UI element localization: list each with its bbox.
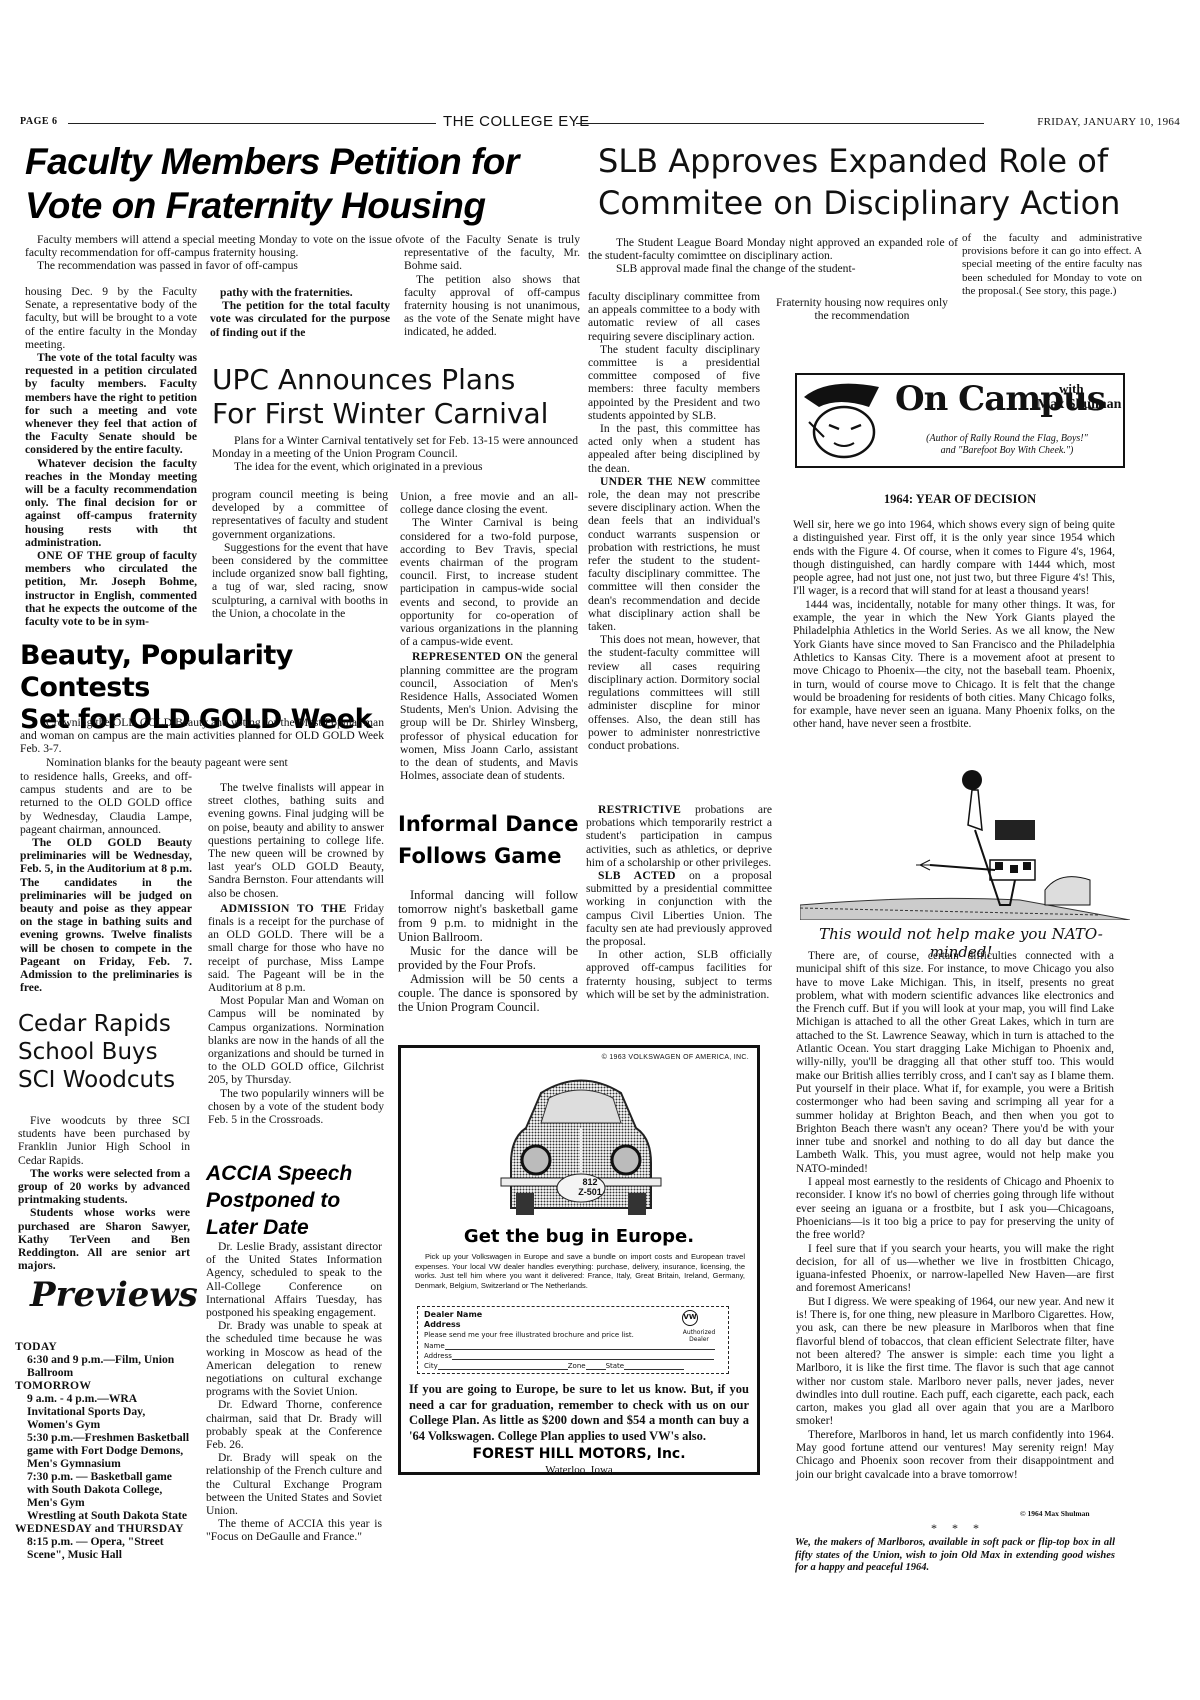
previews-event: 7:30 p.m. — Basketball game with South D…	[15, 1470, 190, 1509]
coupon-address-field[interactable]: Address	[424, 1352, 724, 1360]
coupon-address-heading: Address	[424, 1320, 461, 1329]
accia-headline: ACCIA Speech Postponed to Later Date	[206, 1160, 391, 1241]
accia-body: Dr. Leslie Brady, assistant director of …	[206, 1240, 382, 1544]
dance-body: Informal dancing will follow tomorrow ni…	[398, 888, 578, 1014]
previews-event: 5:30 p.m.—Freshmen Basketball game with …	[15, 1431, 190, 1470]
masthead-rule-right	[576, 123, 984, 124]
faculty-headline-line-1: Faculty Members Petition for	[25, 140, 585, 184]
faculty-column-2: pathy with the fraternities. The petitio…	[210, 286, 390, 339]
upc-column-1: program council meeting is being develop…	[212, 488, 388, 620]
volkswagen-ad: © 1963 VOLKSWAGEN OF AMERICA, INC. 812 Z…	[398, 1045, 760, 1475]
coupon-dealer-name: Dealer Name	[424, 1310, 482, 1319]
upc-column-2: Union, a free movie and an all-college d…	[400, 490, 578, 782]
beauty-column-1: to residence halls, Greeks, and off-camp…	[20, 770, 192, 994]
slb-headline: SLB Approves Expanded Role of Commitee o…	[598, 140, 1198, 224]
masthead-rule-left	[68, 123, 436, 124]
authorized-dealer-badge: Authorized Dealer	[676, 1329, 722, 1343]
faculty-headline-line-2: Vote on Fraternity Housing	[25, 184, 585, 228]
cedar-body: Five woodcuts by three SCI students have…	[18, 1114, 190, 1272]
coupon-name-field[interactable]: Name	[424, 1342, 724, 1350]
vw-copyright: © 1963 VOLKSWAGEN OF AMERICA, INC.	[602, 1054, 749, 1061]
nato-cartoon-illustration	[800, 770, 1130, 920]
max-shulman-caricature-icon	[799, 377, 889, 465]
slb-column-3: of the faculty and administrative provis…	[962, 232, 1142, 298]
on-campus-author: Max Shulman	[1037, 397, 1121, 413]
license-plate: 812 Z-501	[566, 1177, 614, 1197]
slb-lead: The Student League Board Monday night ap…	[588, 236, 958, 276]
marlboro-sponsor-note: We, the makers of Marlboros, available i…	[795, 1537, 1115, 1575]
previews-day-wed-thu: WEDNESDAY and THURSDAY	[15, 1522, 190, 1535]
previews-event: Wrestling at South Dakota State	[15, 1509, 190, 1522]
vw-ad-headline: Get the bug in Europe.	[401, 1226, 757, 1247]
dealer-location: Waterloo, Iowa	[401, 1464, 757, 1476]
slb-column-2-top: Fraternity housing now requires only the…	[772, 296, 952, 322]
section-separator: * * *	[796, 1521, 1114, 1536]
column-title: 1964: YEAR OF DECISION	[795, 492, 1125, 507]
dance-headline: Informal Dance Follows Game	[398, 808, 588, 872]
issue-date: FRIDAY, JANUARY 10, 1964	[1037, 116, 1180, 128]
on-campus-byline: (Author of Rally Round the Flag, Boys!" …	[897, 433, 1117, 457]
on-campus-body-1: Well sir, here we go into 1964, which sh…	[793, 519, 1115, 732]
faculty-column-3: vote of the Faculty Senate is truly repr…	[404, 233, 580, 339]
on-campus-with: with	[1059, 381, 1084, 397]
beauty-lead: Crowning the OLD GOLD Beauty and voting …	[20, 716, 384, 769]
faculty-headline: Faculty Members Petition for Vote on Fra…	[25, 140, 585, 228]
beauty-column-2: The twelve finalists will appear in stre…	[208, 781, 384, 1126]
vw-ad-dealer-pitch: If you are going to Europe, be sure to l…	[409, 1382, 749, 1444]
previews-event: 8:15 p.m. — Opera, "Street Scene", Music…	[15, 1535, 190, 1561]
slb-column-1: faculty disciplinary committee from an a…	[588, 290, 760, 752]
slb-column-2: RESTRICTIVE probations are probations wh…	[586, 803, 772, 1001]
cedar-headline: Cedar Rapids School Buys SCI Woodcuts	[18, 1010, 203, 1094]
upc-lead: Plans for a Winter Carnival tentatively …	[212, 434, 578, 474]
vw-coupon-form: Dealer Name Address Please send me your …	[417, 1306, 729, 1374]
previews-title: Previews	[30, 1275, 200, 1315]
paper-name: THE COLLEGE EYE	[443, 113, 590, 130]
vw-logo-icon: VW	[682, 1310, 698, 1326]
vw-ad-body: Pick up your Volkswagen in Europe and sa…	[415, 1252, 745, 1290]
masthead: PAGE 6 THE COLLEGE EYE FRIDAY, JANUARY 1…	[20, 113, 1180, 133]
coupon-request: Please send me your free illustrated bro…	[424, 1331, 634, 1339]
previews-event: 6:30 and 9 p.m.—Film, Union Ballroom	[15, 1353, 190, 1379]
previews-day-tomorrow: TOMORROW	[15, 1379, 190, 1392]
page-number: PAGE 6	[20, 116, 58, 127]
upc-headline: UPC Announces Plans For First Winter Car…	[212, 363, 592, 431]
coupon-city-field[interactable]: CityZoneState	[424, 1362, 724, 1370]
previews-event: 9 a.m. - 4 p.m.—WRA Invitational Sports …	[15, 1392, 190, 1431]
dealer-name: FOREST HILL MOTORS, Inc.	[401, 1446, 757, 1462]
on-campus-body-2: There are, of course, certain difficulti…	[796, 950, 1114, 1482]
previews-day-today: TODAY	[15, 1340, 190, 1353]
faculty-column-1: housing Dec. 9 by the Faculty Senate, a …	[25, 285, 197, 628]
faculty-lead: Faculty members will attend a special me…	[25, 233, 405, 273]
on-campus-banner: On Campus with Max Shulman (Author of Ra…	[795, 373, 1125, 468]
max-shulman-copyright: © 1964 Max Shulman	[1020, 1509, 1090, 1518]
previews-list: TODAY 6:30 and 9 p.m.—Film, Union Ballro…	[15, 1340, 190, 1561]
